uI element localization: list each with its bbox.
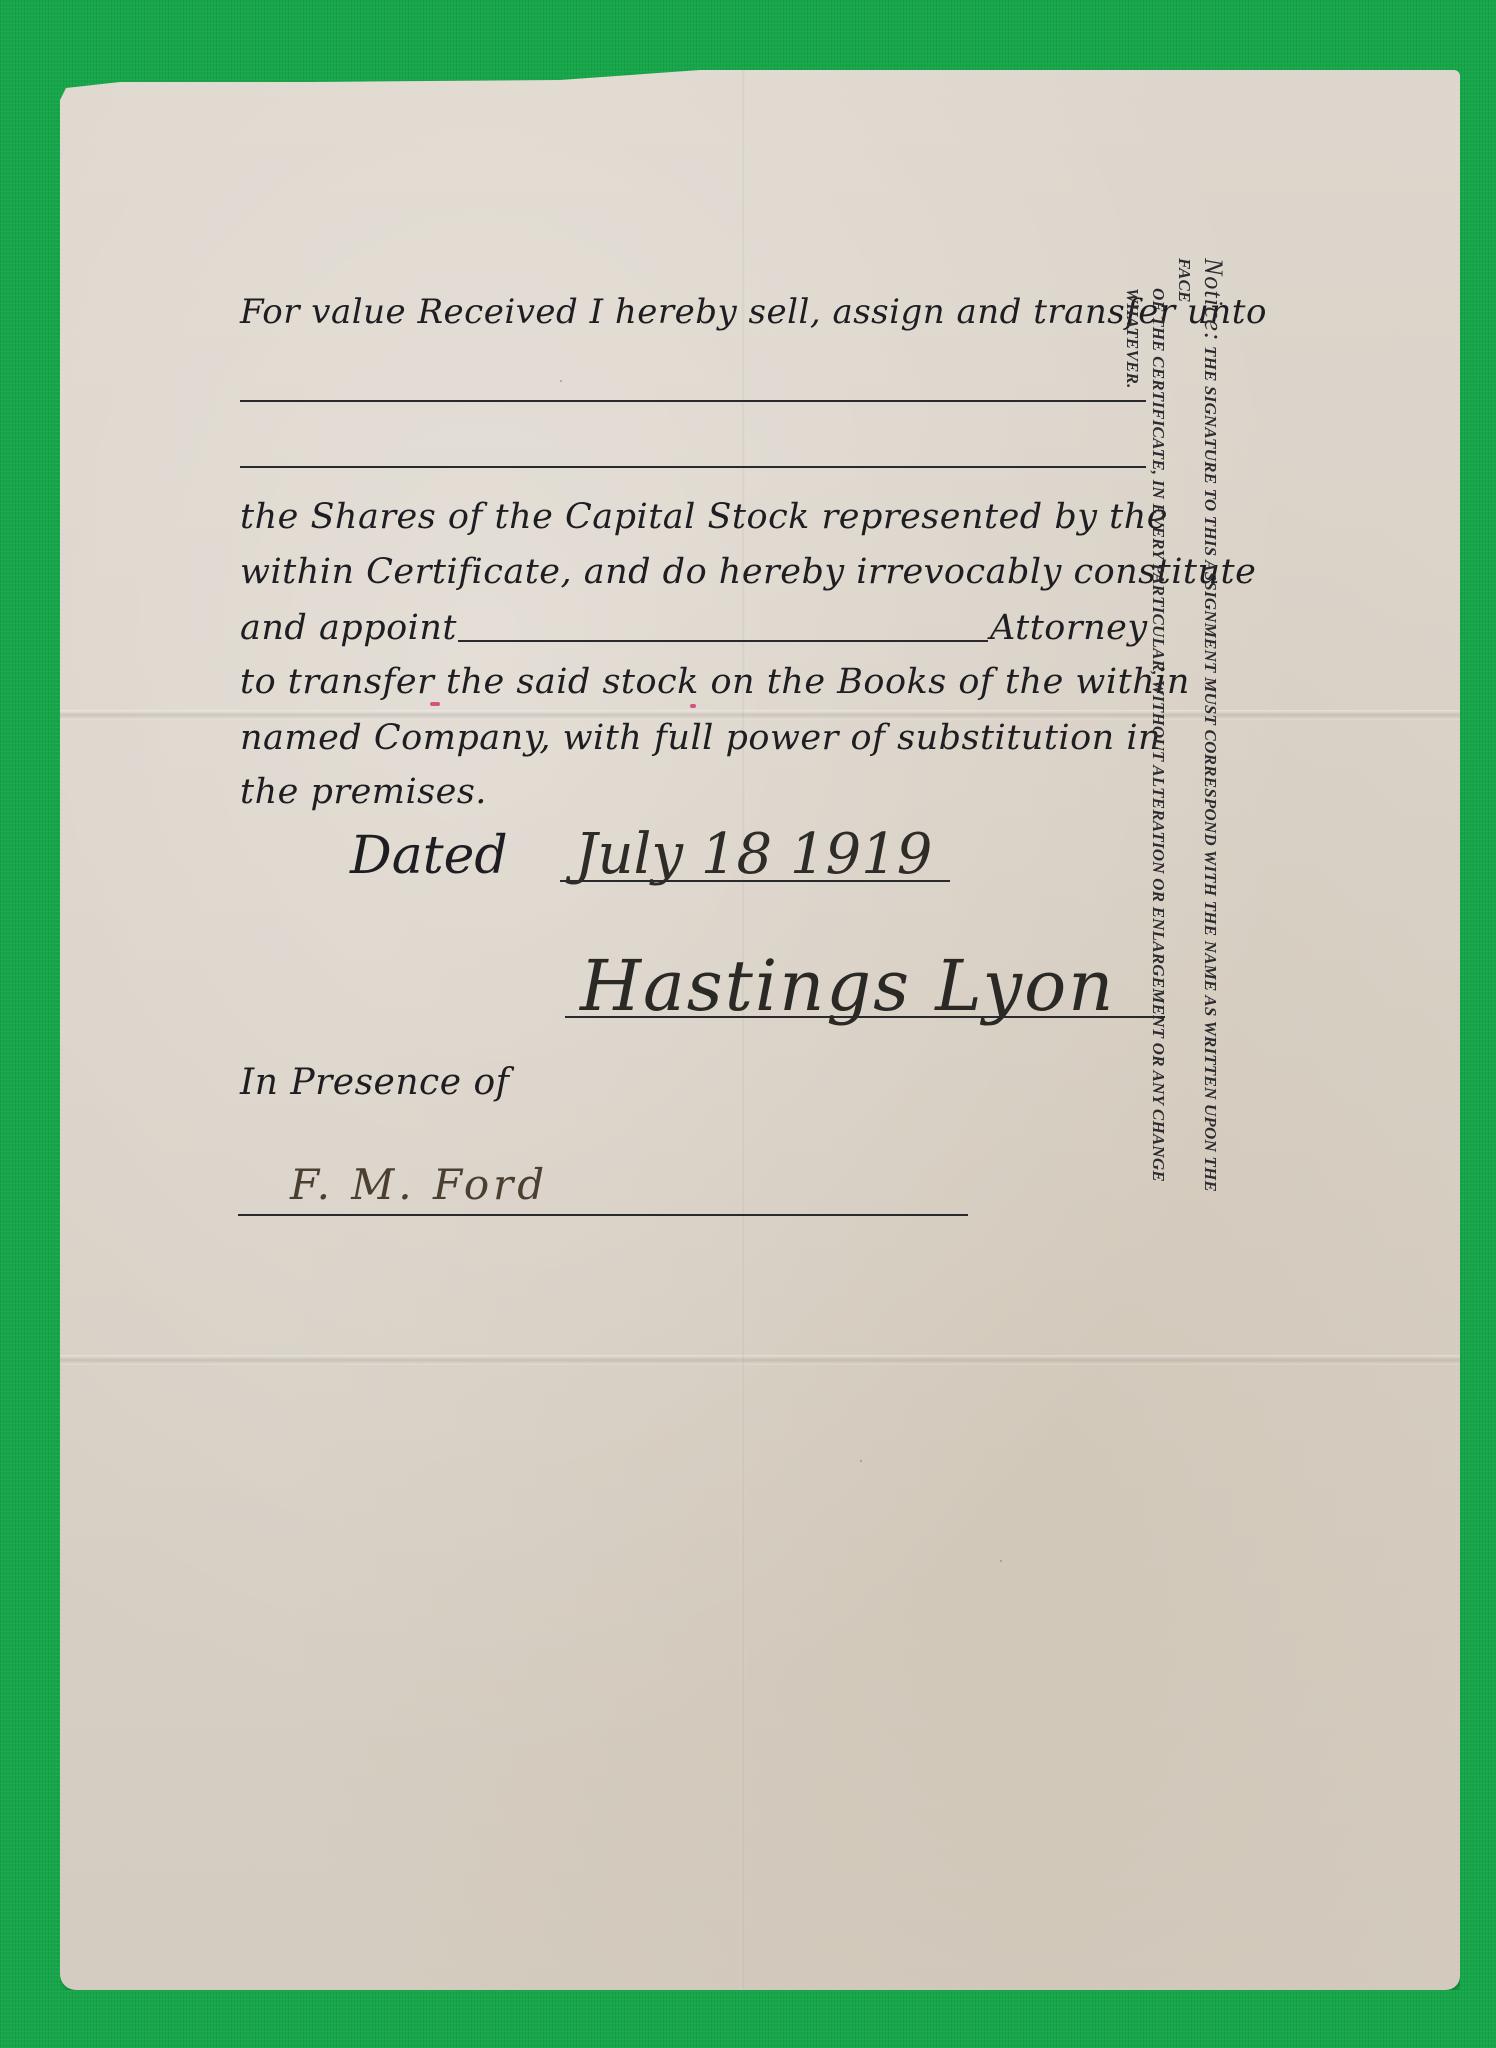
paper-speck: [1000, 1560, 1002, 1562]
presence-label: In Presence of: [240, 1062, 509, 1103]
signature-notice: Notice: THE SIGNATURE TO THIS ASSIGNMENT…: [1166, 258, 1226, 1198]
signature: Hastings Lyon: [580, 945, 1115, 1027]
fold-crease-lower: [60, 1355, 1460, 1365]
assignment-line-7: the premises.: [240, 772, 487, 812]
fold-crease-vertical: [740, 70, 746, 1990]
paper-speck: [860, 1460, 862, 1462]
assignment-line-4-start: and appoint: [240, 608, 457, 648]
notice-line-2: OF THE CERTIFICATE, IN EVERY PARTICULAR,…: [1119, 258, 1171, 1198]
assignment-line-6: named Company, with full power of substi…: [240, 718, 1161, 758]
attorney-blank-line: [458, 640, 988, 642]
certificate-paper: [60, 70, 1460, 1990]
date-value: July 18 1919: [575, 822, 932, 887]
dated-label: Dated: [350, 826, 508, 886]
assignment-line-5: to transfer the said stock on the Books …: [240, 662, 1190, 702]
witness-line: [238, 1214, 968, 1216]
assignment-line-1: For value Received I hereby sell, assign…: [240, 292, 1267, 332]
transferee-blank-line-1: [240, 400, 1146, 402]
notice-line-1: THE SIGNATURE TO THIS ASSIGNMENT MUST CO…: [1175, 258, 1220, 1192]
notice-heading: Notice:: [1199, 258, 1228, 342]
ink-mark: [430, 702, 440, 706]
ink-mark: [690, 704, 696, 708]
assignment-line-3: within Certificate, and do hereby irrevo…: [240, 552, 1256, 592]
transferee-blank-line-2: [240, 466, 1146, 468]
paper-speck: [560, 380, 562, 382]
witness-signature: F. M. Ford: [290, 1160, 548, 1209]
assignment-line-2: the Shares of the Capital Stock represen…: [240, 497, 1168, 537]
